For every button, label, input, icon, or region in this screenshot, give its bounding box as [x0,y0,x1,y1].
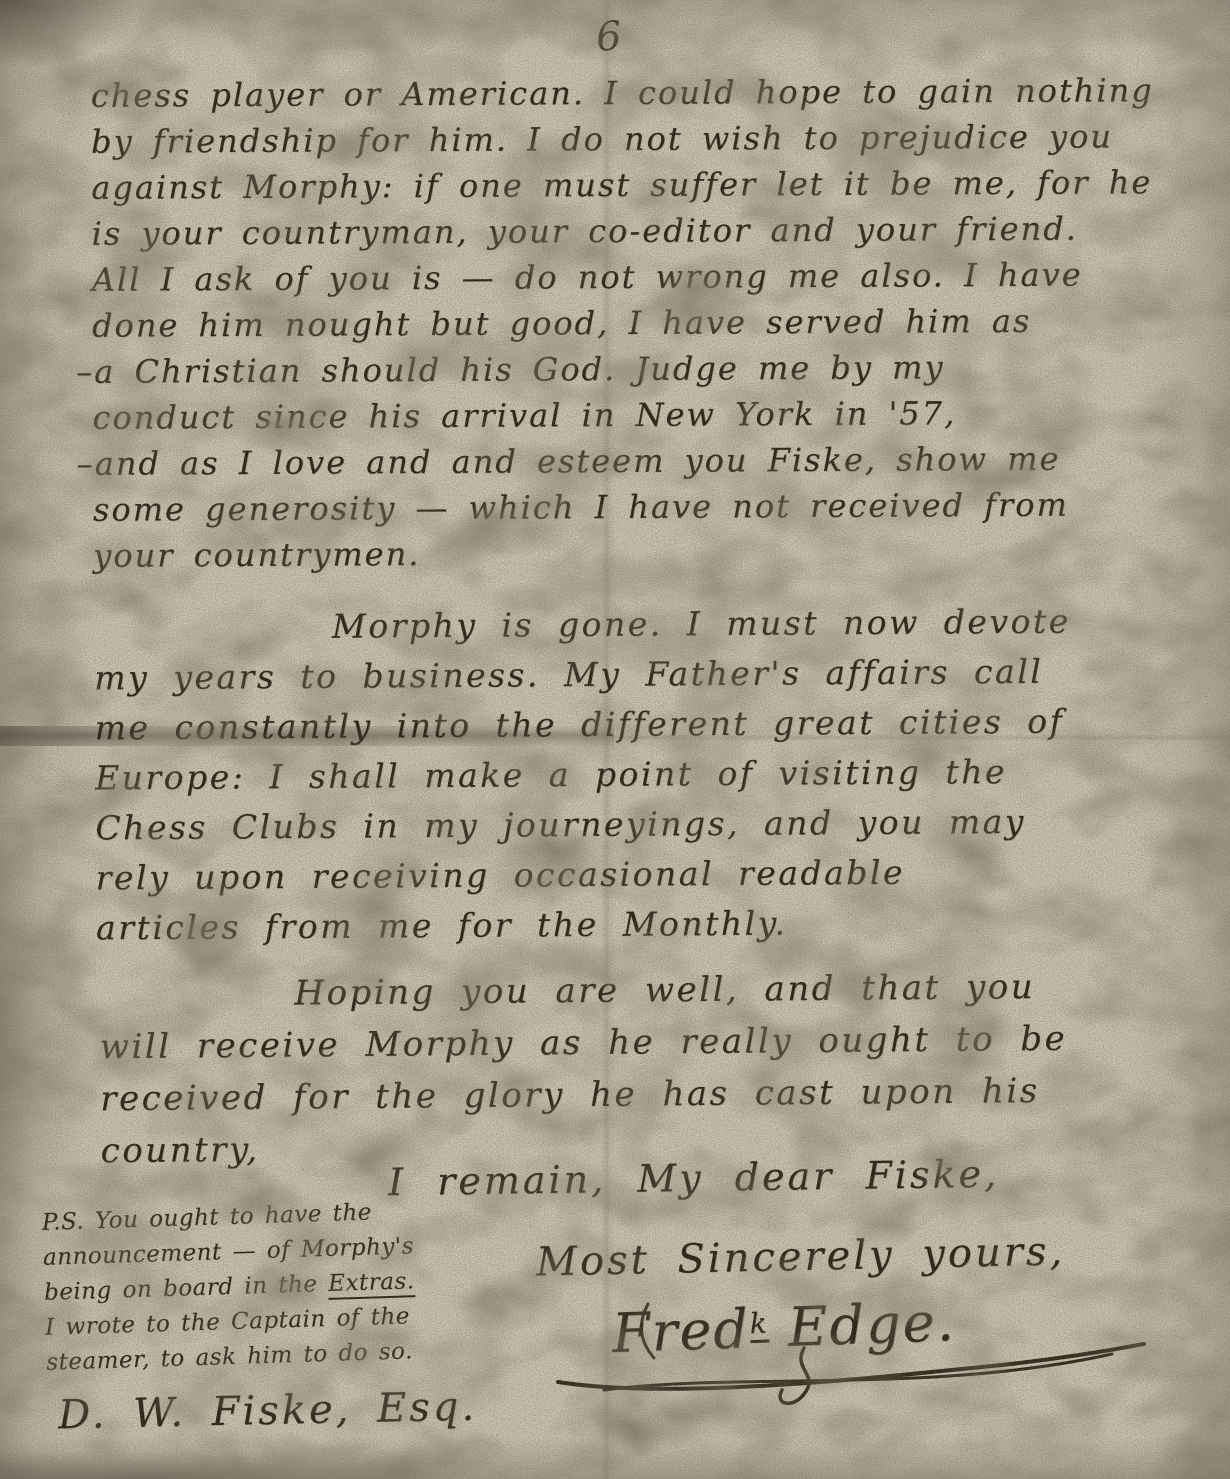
body-paragraph-2: Morphy is gone. I must now devote my yea… [94,597,1073,954]
handwritten-line: –a Christian should his God. Judge me by… [76,343,1155,395]
handwritten-line: articles from me for the Monthly. [96,897,1073,954]
handwritten-line: some generosity — which I have not recei… [93,481,1156,533]
handwritten-line: Europe: I shall make a point of visiting… [95,747,1072,804]
page-number: 6 [594,13,623,61]
signature-first: Fred [611,1297,751,1365]
handwritten-line: chess player or American. I could hope t… [91,67,1154,119]
postscript-block: P.S. You ought to have the announcement … [41,1194,417,1381]
handwritten-line: –and as I love and and esteem you Fiske,… [77,435,1156,487]
handwritten-line: received for the glory he has cast upon … [100,1065,1068,1125]
handwritten-line: by friendship for him. I do not wish to … [91,113,1154,165]
handwritten-line: Chess Clubs in my journeyings, and you m… [95,797,1072,854]
signature-name: Fredk Edge. [611,1290,957,1365]
handwritten-line: my years to business. My Father's affair… [94,647,1071,704]
signature-last: Edge. [787,1290,957,1359]
handwritten-line: All I ask of you is — do not wrong me al… [92,251,1155,303]
letter-page: 6 chess player or American. I could hope… [0,0,1230,1479]
handwritten-line: Morphy is gone. I must now devote [332,597,1071,652]
handwritten-line: your countrymen. [93,527,1156,579]
handwritten-line: is your countryman, your co-editor and y… [91,205,1154,257]
handwritten-line: done him nought but good, I have served … [92,297,1155,349]
handwritten-line: against Morphy: if one must suffer let i… [91,159,1154,211]
handwritten-line: Hoping you are well, and that you [294,961,1067,1020]
closing-line-remain: I remain, My dear Fiske, [388,1152,1000,1205]
body-paragraph-3: Hoping you are well, and that you will r… [99,961,1068,1177]
body-paragraph-1: chess player or American. I could hope t… [91,67,1157,579]
postscript-line-prefix: being on board in the [44,1271,329,1306]
signature-superscript: k [749,1307,769,1344]
signature-block: Fredk Edge. [552,1278,1152,1438]
handwritten-line: rely upon receiving occasional readable [96,847,1073,904]
signoff-line: Most Sincerely yours, [536,1228,1066,1285]
addressee-line: D. W. Fiske, Esq. [58,1384,478,1439]
handwritten-line: will receive Morphy as he really ought t… [100,1013,1068,1073]
handwritten-line: me constantly into the different great c… [94,697,1071,754]
handwritten-line: conduct since his arrival in New York in… [92,389,1155,441]
underlined-word-extras: Extras. [328,1268,415,1300]
